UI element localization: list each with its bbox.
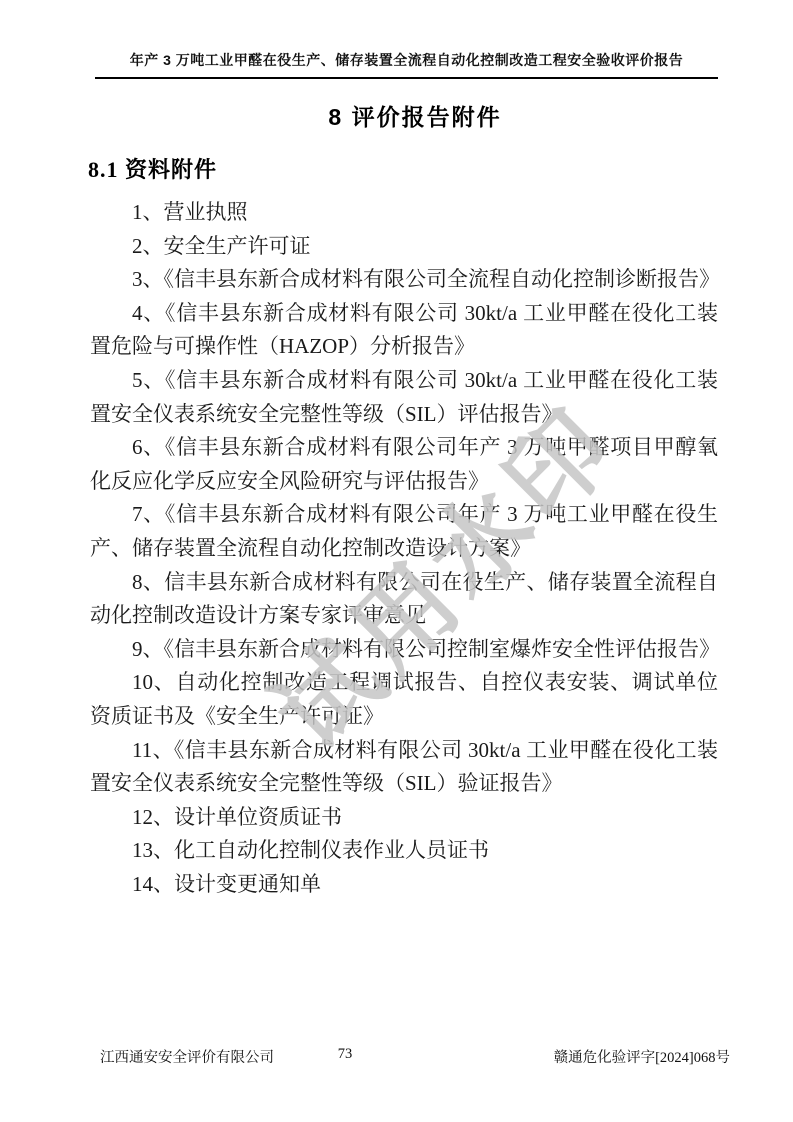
document-page: 年产 3 万吨工业甲醛在役生产、储存装置全流程自动化控制改造工程安全验收评价报告… <box>0 0 793 1122</box>
attachment-list-item: 1、营业执照 <box>90 196 718 230</box>
attachment-list-item: 6、《信丰县东新合成材料有限公司年产 3 万吨甲醛项目甲醇氧化反应化学反应安全风… <box>90 431 718 498</box>
attachment-list-item: 9、《信丰县东新合成材料有限公司控制室爆炸安全性评估报告》 <box>90 633 718 667</box>
page-footer: 江西通安安全评价有限公司 73 赣通危化验评字[2024]068号 <box>0 1046 793 1068</box>
attachment-list: 1、营业执照 2、安全生产许可证 3、《信丰县东新合成材料有限公司全流程自动化控… <box>90 196 718 901</box>
footer-page-number: 73 <box>330 1046 360 1063</box>
page-header: 年产 3 万吨工业甲醛在役生产、储存装置全流程自动化控制改造工程安全验收评价报告 <box>95 50 718 79</box>
attachment-list-item: 8、信丰县东新合成材料有限公司在役生产、储存装置全流程自动化控制改造设计方案专家… <box>90 566 718 633</box>
section-heading: 8.1 资料附件 <box>88 153 217 184</box>
attachment-list-item: 7、《信丰县东新合成材料有限公司年产 3 万吨工业甲醛在役生产、储存装置全流程自… <box>90 498 718 565</box>
attachment-list-item: 2、安全生产许可证 <box>90 230 718 264</box>
attachment-list-item: 10、自动化控制改造工程调试报告、自控仪表安装、调试单位资质证书及《安全生产许可… <box>90 666 718 733</box>
attachment-list-item: 13、化工自动化控制仪表作业人员证书 <box>90 834 718 868</box>
attachment-list-item: 3、《信丰县东新合成材料有限公司全流程自动化控制诊断报告》 <box>90 263 718 297</box>
header-title: 年产 3 万吨工业甲醛在役生产、储存装置全流程自动化控制改造工程安全验收评价报告 <box>130 52 684 68</box>
footer-document-number: 赣通危化验评字[2024]068号 <box>554 1046 730 1067</box>
attachment-list-item: 14、设计变更通知单 <box>90 868 718 902</box>
attachment-list-item: 11、《信丰县东新合成材料有限公司 30kt/a 工业甲醛在役化工装置安全仪表系… <box>90 734 718 801</box>
attachment-list-item: 4、《信丰县东新合成材料有限公司 30kt/a 工业甲醛在役化工装置危险与可操作… <box>90 297 718 364</box>
attachment-list-item: 5、《信丰县东新合成材料有限公司 30kt/a 工业甲醛在役化工装置安全仪表系统… <box>90 364 718 431</box>
footer-company: 江西通安安全评价有限公司 <box>100 1046 274 1067</box>
page-title: 8 评价报告附件 <box>95 99 735 132</box>
attachment-list-item: 12、设计单位资质证书 <box>90 801 718 835</box>
